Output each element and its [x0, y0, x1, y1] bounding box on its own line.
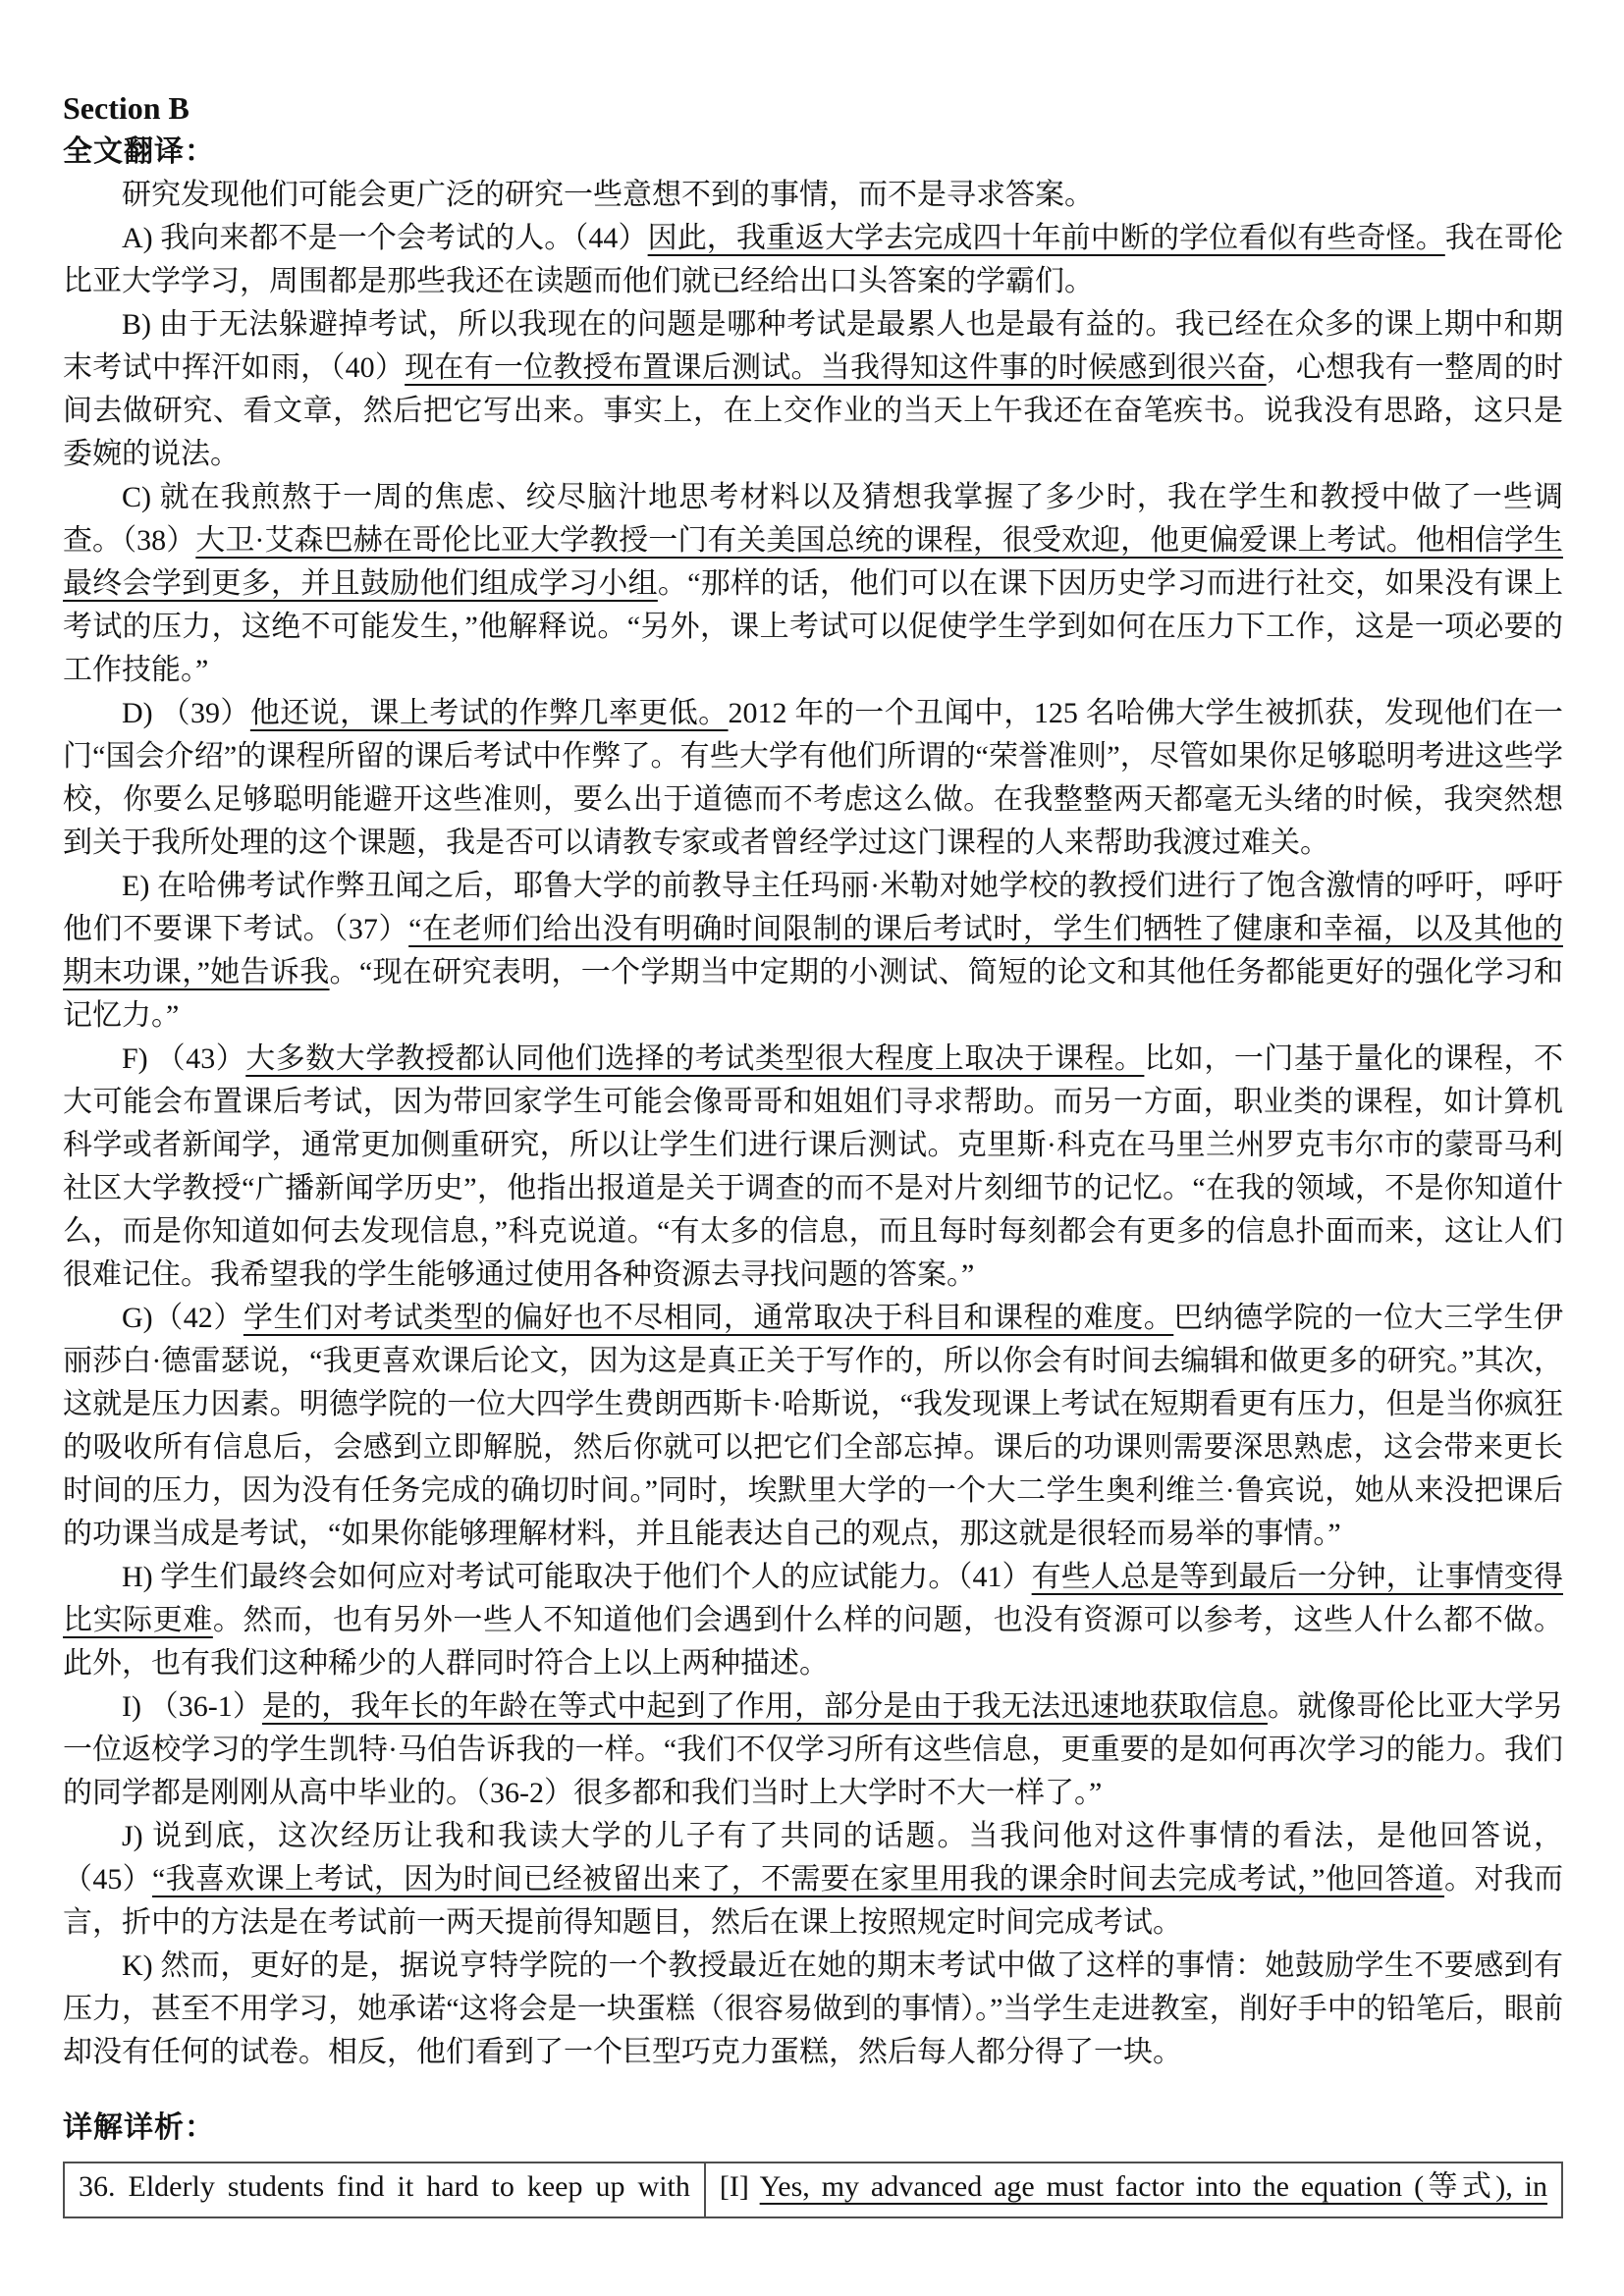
paragraph: C) 就在我煎熬于一周的焦虑、绞尽脑汁地思考材料以及猜想我掌握了多少时，我在学生… — [63, 476, 1563, 692]
text-segment: D) （39） — [122, 697, 250, 729]
question-cell: 36. Elderly students find it hard to kee… — [64, 2163, 705, 2217]
text-segment: I) （36-1） — [122, 1690, 262, 1723]
text-segment: 36. Elderly students find it hard to kee… — [79, 2170, 690, 2203]
text-segment: 。然而，也有另外一些人不知道他们会遇到什么样的问题，也没有资源可以参考，这些人什… — [63, 1604, 1563, 1680]
text-segment: A) 我向来都不是一个会考试的人。（44） — [122, 222, 648, 254]
analysis-table-body: 36. Elderly students find it hard to kee… — [64, 2163, 1562, 2217]
text-segment: [I] — [720, 2170, 760, 2203]
text-segment: 研究发现他们可能会更广泛的研究一些意想不到的事情，而不是寻求答案。 — [122, 179, 1094, 211]
paragraph: H) 学生们最终会如何应对考试可能取决于他们个人的应试能力。（41）有些人总是等… — [63, 1556, 1563, 1685]
paragraph: A) 我向来都不是一个会考试的人。（44）因此，我重返大学去完成四十年前中断的学… — [63, 217, 1563, 303]
translation-heading: 全文翻译： — [63, 130, 1563, 174]
translation-paragraphs: 研究发现他们可能会更广泛的研究一些意想不到的事情，而不是寻求答案。A) 我向来都… — [63, 174, 1563, 2074]
paragraph: E) 在哈佛考试作弊丑闻之后，耶鲁大学的前教导主任玛丽·米勒对她学校的教授们进行… — [63, 865, 1563, 1038]
underlined-answer-text: 现在有一位教授布置课后测试。当我得知这件事的时候感到很兴奋 — [405, 351, 1267, 384]
document-page: Section B 全文翻译： 研究发现他们可能会更广泛的研究一些意想不到的事情… — [0, 0, 1624, 2296]
text-segment: F) （43） — [122, 1042, 245, 1075]
paragraph: K) 然而，更好的是，据说亨特学院的一个教授最近在她的期末考试中做了这样的事情：… — [63, 1945, 1563, 2074]
underlined-answer-text: 大多数大学教授都认同他们选择的考试类型很大程度上取决于课程。 — [245, 1042, 1144, 1075]
analysis-row: 36. Elderly students find it hard to kee… — [64, 2163, 1562, 2217]
section-title: Section B — [63, 86, 1563, 130]
text-segment: G)（42） — [122, 1302, 244, 1334]
underlined-answer-text: 是的，我年长的年龄在等式中起到了作用，部分是由于我无法迅速地获取信息 — [262, 1690, 1268, 1723]
underlined-answer-text: 因此，我重返大学去完成四十年前中断的学位看似有些奇怪。 — [648, 222, 1445, 254]
paragraph: 研究发现他们可能会更广泛的研究一些意想不到的事情，而不是寻求答案。 — [63, 174, 1563, 217]
paragraph: D) （39）他还说，课上考试的作弊几率更低。2012 年的一个丑闻中，125 … — [63, 692, 1563, 865]
underlined-answer-text: “我喜欢课上考试，因为时间已经被留出来了，不需要在家里用我的课余时间去完成考试，… — [152, 1863, 1444, 1896]
answer-cell: [I] Yes, my advanced age must factor int… — [705, 2163, 1562, 2217]
paragraph: B) 由于无法躲避掉考试，所以我现在的问题是哪种考试是最累人也是最有益的。我已经… — [63, 303, 1563, 476]
text-segment: H) 学生们最终会如何应对考试可能取决于他们个人的应试能力。（41） — [122, 1561, 1032, 1593]
paragraph: J) 说到底，这次经历让我和我读大学的儿子有了共同的话题。当我问他对这件事情的看… — [63, 1815, 1563, 1945]
underlined-answer-text: 他还说，课上考试的作弊几率更低。 — [250, 697, 729, 729]
paragraph: G)（42）学生们对考试类型的偏好也不尽相同，通常取决于科目和课程的难度。巴纳德… — [63, 1297, 1563, 1556]
analysis-table: 36. Elderly students find it hard to kee… — [63, 2162, 1563, 2218]
underlined-answer-text: 学生们对考试类型的偏好也不尽相同，通常取决于科目和课程的难度。 — [244, 1302, 1173, 1334]
underlined-answer-text: Yes, my advanced age must factor into th… — [760, 2170, 1547, 2203]
analysis-heading: 详解详析： — [63, 2106, 1563, 2150]
text-segment: 巴纳德学院的一位大三学生伊丽莎白·德雷瑟说，“我更喜欢课后论文，因为这是真正关于… — [63, 1302, 1563, 1550]
text-segment: 比如，一门基于量化的课程，不大可能会布置课后考试，因为带回家学生可能会像哥哥和姐… — [63, 1042, 1563, 1291]
text-segment: K) 然而，更好的是，据说亨特学院的一个教授最近在她的期末考试中做了这样的事情：… — [63, 1949, 1563, 2068]
paragraph: F) （43）大多数大学教授都认同他们选择的考试类型很大程度上取决于课程。比如，… — [63, 1038, 1563, 1297]
paragraph: I) （36-1）是的，我年长的年龄在等式中起到了作用，部分是由于我无法迅速地获… — [63, 1685, 1563, 1815]
